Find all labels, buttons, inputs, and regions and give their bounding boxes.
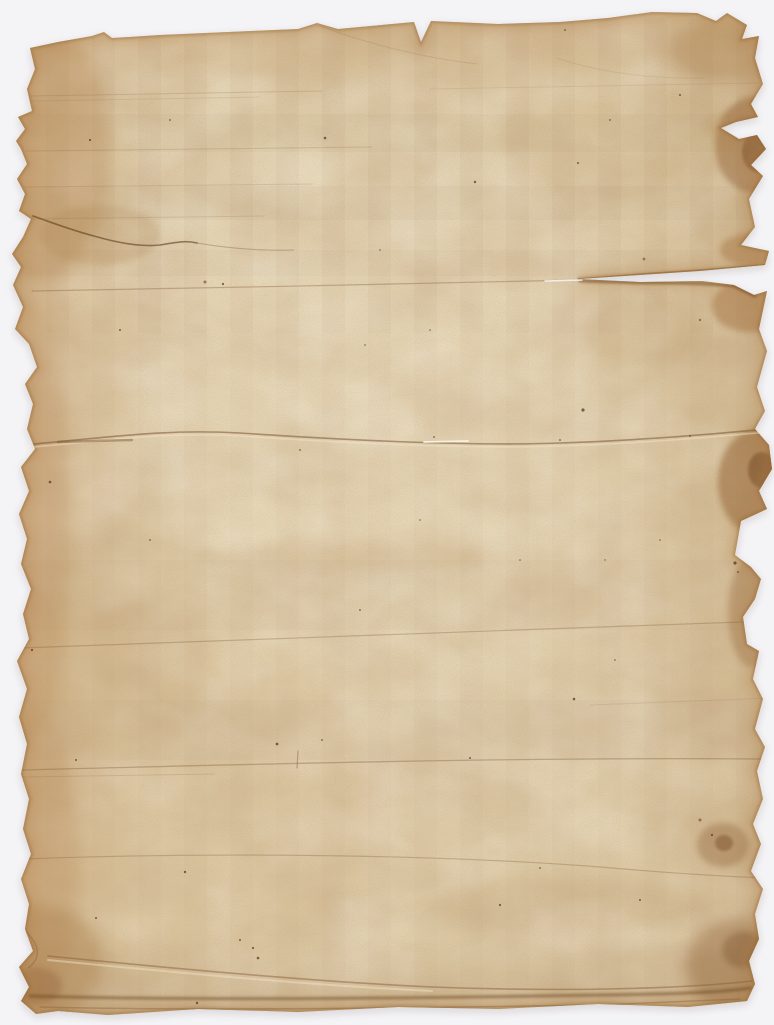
speck: [474, 181, 476, 183]
speck: [89, 139, 91, 141]
speck: [737, 571, 739, 573]
speck: [31, 649, 33, 651]
stain: [30, 525, 210, 765]
speck: [49, 481, 52, 484]
speck: [299, 449, 301, 451]
parchment-sheet: [0, 0, 774, 1025]
speck: [604, 559, 605, 560]
speck: [184, 871, 186, 873]
photograph: Photograph of a blank aged parchment she…: [0, 0, 774, 1025]
speck: [679, 94, 681, 96]
speck: [276, 743, 279, 746]
parchment-photo: Photograph of a blank aged parchment she…: [0, 0, 774, 1025]
speck: [379, 249, 381, 251]
speck: [559, 439, 561, 441]
paper-surface: [0, 0, 774, 1025]
speck: [324, 137, 327, 140]
speck: [659, 539, 661, 541]
speck: [239, 939, 241, 941]
speck: [614, 659, 616, 661]
speck: [169, 119, 171, 121]
speck: [359, 609, 361, 611]
speck: [257, 957, 260, 960]
speck: [639, 899, 641, 901]
speck: [564, 29, 566, 31]
speck: [429, 329, 431, 331]
speck: [75, 759, 77, 761]
speck: [499, 904, 501, 906]
speck: [689, 435, 691, 437]
speck: [581, 408, 584, 411]
speck: [711, 834, 713, 836]
stain: [500, 80, 740, 200]
speck: [519, 559, 521, 561]
speck: [321, 739, 323, 741]
speck: [433, 436, 435, 438]
stain: [715, 835, 733, 851]
speck: [577, 162, 579, 164]
stain: [582, 294, 702, 370]
stain: [40, 205, 160, 265]
stain: [160, 34, 640, 86]
speck: [419, 519, 421, 521]
speck: [609, 119, 611, 121]
speck: [699, 319, 701, 321]
tear-sliver: [545, 280, 582, 281]
speck: [643, 258, 646, 261]
speck: [222, 283, 224, 285]
speck: [699, 819, 702, 822]
speck: [364, 344, 366, 346]
speck: [733, 561, 736, 564]
speck: [196, 1002, 198, 1004]
speck: [95, 917, 97, 919]
stain: [190, 544, 510, 572]
speck: [252, 947, 254, 949]
speck: [573, 698, 576, 701]
speck: [149, 539, 151, 541]
crease-glint: [424, 441, 468, 442]
speck: [539, 867, 541, 869]
speck: [204, 281, 207, 284]
speck: [119, 329, 121, 331]
stain: [430, 877, 710, 933]
speck: [469, 757, 471, 759]
